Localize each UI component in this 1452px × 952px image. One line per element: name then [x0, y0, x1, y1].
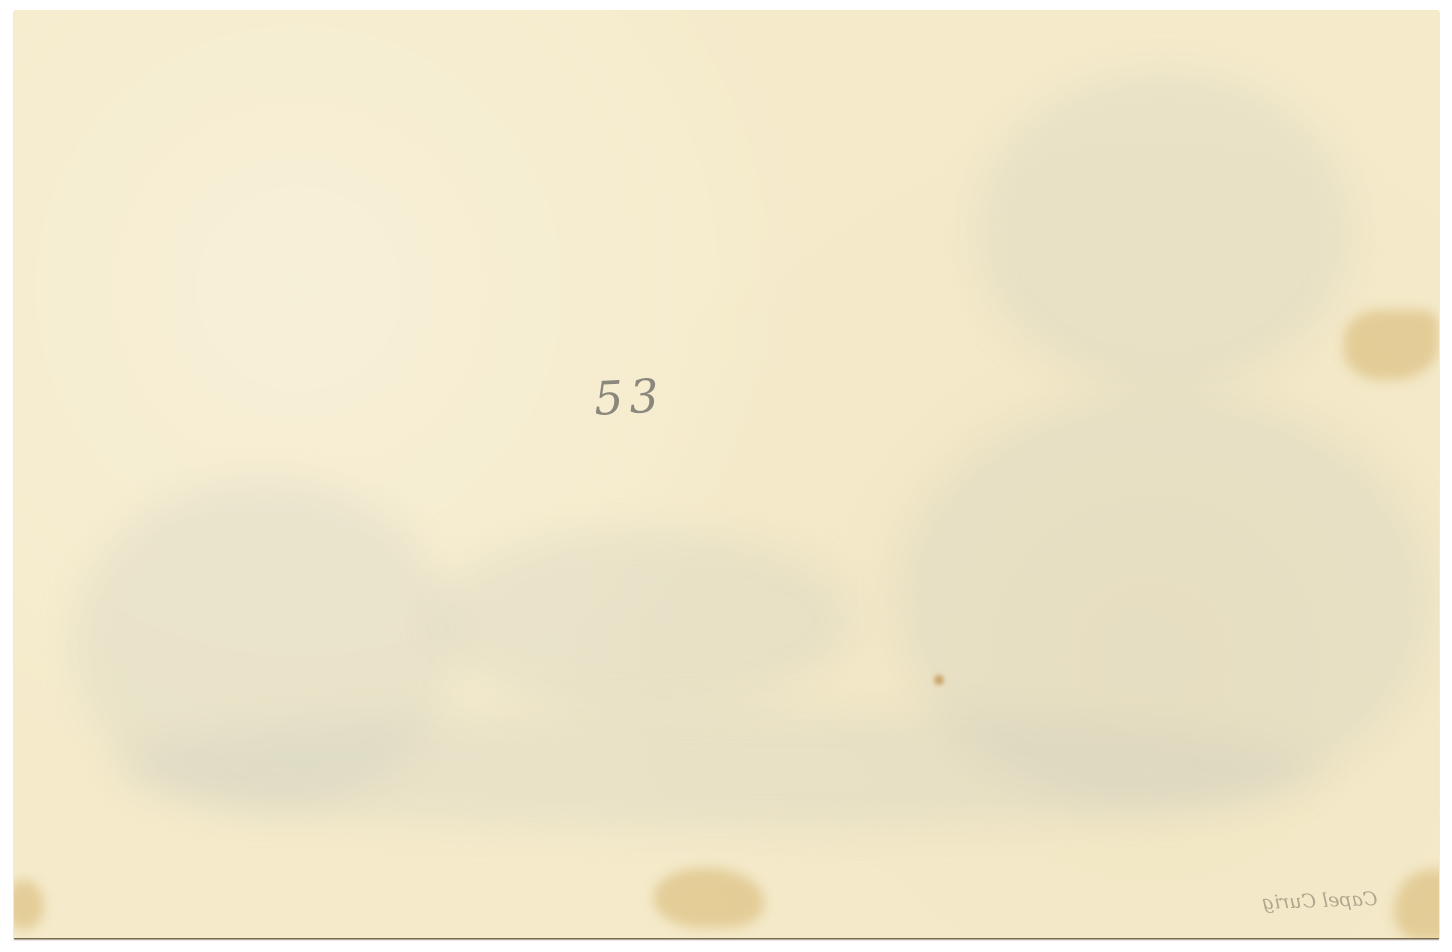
- mirrored-caption: Capel Curig: [1262, 888, 1378, 914]
- show-through-center-figures: [434, 530, 854, 710]
- show-through-right-tree: [974, 70, 1354, 390]
- brown-spot: [934, 675, 944, 685]
- right-edge-stain: [1344, 310, 1439, 380]
- pencil-number: 53: [593, 368, 666, 426]
- show-through-bottom-band: [114, 710, 1314, 830]
- paper-sheet: 53 Capel Curig: [14, 10, 1439, 938]
- photo-stage: 53 Capel Curig: [0, 0, 1452, 952]
